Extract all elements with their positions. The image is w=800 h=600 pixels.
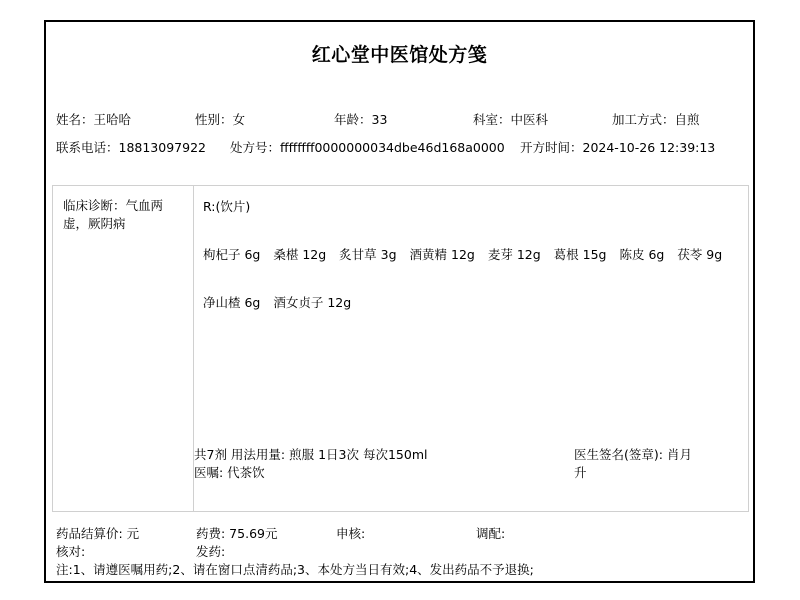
herb-item: 炙甘草 3g bbox=[339, 247, 396, 262]
settlement-price: 药品结算价: 元 bbox=[56, 524, 139, 542]
drug-fee: 药费: 75.69元 bbox=[196, 524, 277, 542]
clinical-diagnosis: 临床诊断：气血两虚，厥阴病 bbox=[53, 186, 194, 511]
herb-item: 麦芽 12g bbox=[488, 247, 541, 262]
review-label: 申核: bbox=[336, 524, 365, 542]
usage-block: 共7剂 用法用量: 煎服 1日3次 每次150ml 医嘱: 代茶饮 bbox=[194, 446, 427, 482]
usage-dosage: 共7剂 用法用量: 煎服 1日3次 每次150ml bbox=[194, 446, 427, 464]
footer-note: 注:1、请遵医嘱用药;2、请在窗口点清药品;3、本处方当日有效;4、发出药品不予… bbox=[56, 560, 534, 578]
doctor-signature: 医生签名(签章): 肖月升 bbox=[574, 446, 704, 482]
herb-line-1: 枸杞子 6g 桑椹 12g 炙甘草 3g 酒黄精 12g 麦芽 12g 葛根 1… bbox=[203, 245, 731, 263]
herb-item: 酒女贞子 12g bbox=[273, 295, 351, 310]
patient-age: 年龄：33 bbox=[334, 110, 387, 128]
medical-advice: 医嘱: 代茶饮 bbox=[194, 464, 427, 482]
department: 科室：中医科 bbox=[473, 110, 548, 128]
prescription-sheet: 红心堂中医馆处方笺 姓名：王哈哈 性别：女 年龄：33 科室：中医科 加工方式：… bbox=[44, 20, 755, 583]
rx-header: R:(饮片) bbox=[203, 197, 250, 215]
prescription-number: 处方号：ffffffff0000000034dbe46d168a0000 bbox=[230, 138, 505, 156]
herb-item: 酒黄精 12g bbox=[410, 247, 475, 262]
herb-item: 茯苓 9g bbox=[677, 247, 722, 262]
herb-item: 枸杞子 6g bbox=[203, 247, 260, 262]
herb-item: 桑椹 12g bbox=[273, 247, 326, 262]
process-method: 加工方式：自煎 bbox=[612, 110, 700, 128]
herb-item: 陈皮 6g bbox=[619, 247, 664, 262]
issue-label: 发药: bbox=[196, 542, 225, 560]
check-label: 核对: bbox=[56, 542, 85, 560]
dispense-prep-label: 调配: bbox=[476, 524, 505, 542]
herb-item: 葛根 15g bbox=[554, 247, 607, 262]
herb-line-2: 净山楂 6g 酒女贞子 12g bbox=[203, 293, 360, 311]
page-title: 红心堂中医馆处方笺 bbox=[46, 40, 753, 67]
patient-gender: 性别：女 bbox=[195, 110, 245, 128]
contact-phone: 联系电话：18813097922 bbox=[56, 138, 206, 156]
prescription-box: 临床诊断：气血两虚，厥阴病 R:(饮片) 枸杞子 6g 桑椹 12g 炙甘草 3… bbox=[52, 185, 749, 512]
herb-item: 净山楂 6g bbox=[203, 295, 260, 310]
patient-name: 姓名：王哈哈 bbox=[56, 110, 131, 128]
prescription-time: 开方时间：2024-10-26 12:39:13 bbox=[520, 138, 715, 156]
